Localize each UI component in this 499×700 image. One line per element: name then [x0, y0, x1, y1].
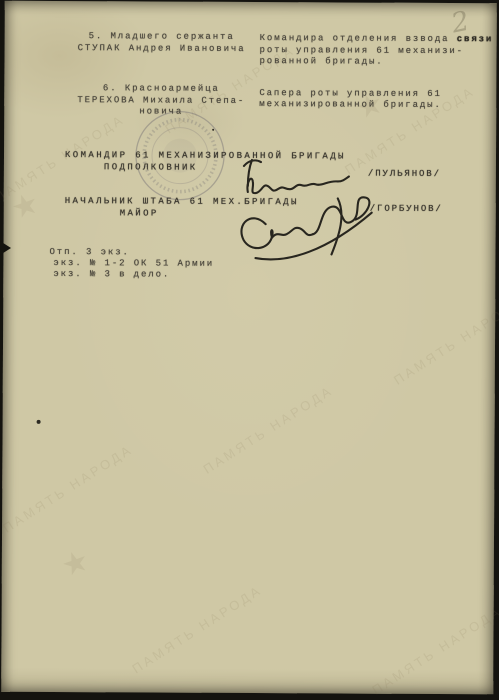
distribution-block: Отп. 3 экз. экз. № 1-2 ОК 51 Армии экз. …	[49, 247, 214, 281]
commander-name: /ПУЛЬЯНОВ/	[368, 169, 441, 181]
awardee-rank-line: 5. Младшего сержанта	[62, 31, 262, 44]
position-column: Командира отделения взвода связи роты уп…	[259, 33, 499, 112]
ink-speck	[37, 420, 41, 424]
position-line: механизированной бригады.	[259, 99, 499, 112]
star-watermark-icon: ★	[7, 185, 44, 227]
archive-watermark: ПАМЯТЬ НАРОДА	[200, 382, 335, 476]
archive-watermark: ПАМЯТЬ НАРОДА	[369, 603, 499, 697]
column-gap	[259, 68, 499, 89]
commander-rank: ПОДПОЛКОВНИК	[104, 162, 198, 174]
distribution-line: Отп. 3 экз.	[49, 247, 214, 259]
archive-watermark: ПАМЯТЬ НАРОДА	[391, 293, 499, 387]
archive-watermark: ПАМЯТЬ НАРОДА	[129, 582, 264, 676]
chief-rank: МАЙОР	[120, 208, 159, 220]
star-watermark-icon: ★	[57, 543, 94, 585]
position-line-text: Командира отделения взвода	[260, 33, 457, 44]
column-gap	[61, 54, 261, 84]
document-scan-photo: ПАМЯТЬ НАРОДА ПАМЯТЬ НАРОДА ПАМЯТЬ НАРОД…	[0, 0, 499, 700]
chief-signature	[225, 188, 377, 271]
position-line-bold-word: связи	[457, 34, 494, 44]
position-line: Командира отделения взвода связи	[260, 33, 499, 46]
paper-tear	[0, 241, 11, 255]
chief-name: /ГОРБУНОВ/	[370, 204, 443, 216]
awardee-name-line: СТУПАК Андрея Ивановича	[62, 43, 262, 56]
awardee-column: 5. Младшего сержанта СТУПАК Андрея Ивано…	[61, 31, 261, 119]
distribution-line: экз. № 3 в дело.	[53, 269, 214, 281]
document-page: ПАМЯТЬ НАРОДА ПАМЯТЬ НАРОДА ПАМЯТЬ НАРОД…	[1, 1, 497, 695]
awardee-name-line: ТЕРЕХОВА Михаила Степа-	[61, 95, 261, 108]
ink-speck	[212, 129, 214, 131]
distribution-line: экз. № 1-2 ОК 51 Армии	[53, 258, 214, 270]
position-line: рованной бригады.	[259, 56, 499, 69]
archive-watermark: ПАМЯТЬ НАРОДА	[0, 441, 135, 535]
awardee-name-line: новича	[61, 106, 261, 119]
